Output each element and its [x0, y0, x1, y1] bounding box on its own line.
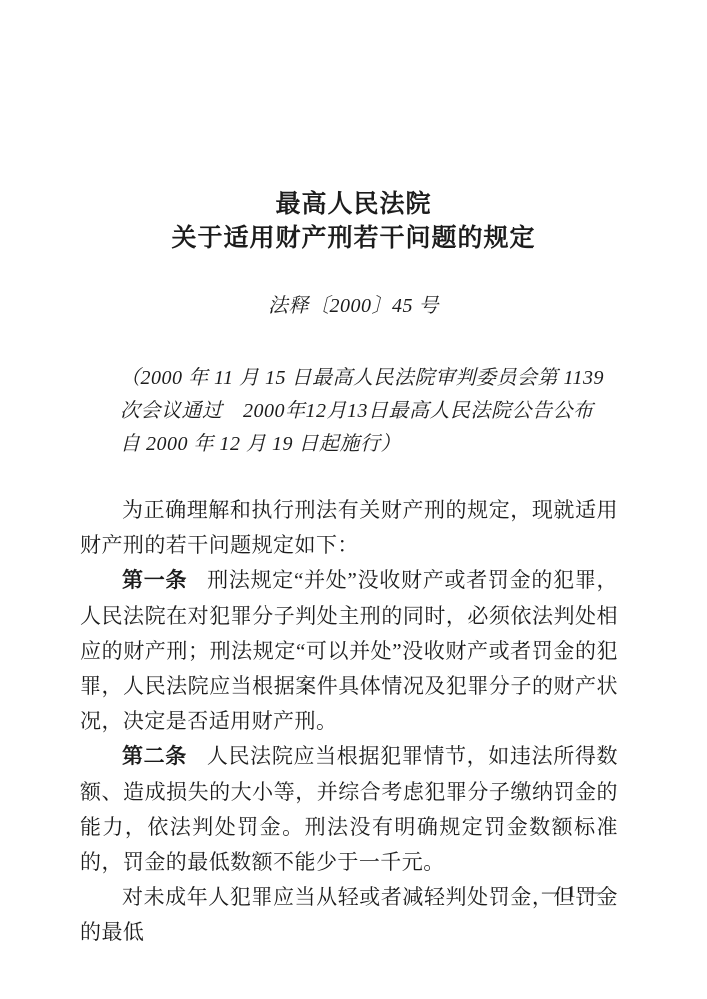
- promulgation-note: （2000 年 11 月 15 日最高人民法院审判委员会第 1139 次会议通过…: [120, 362, 647, 461]
- paragraph-intro-text: 为正确理解和执行刑法有关财产刑的规定，现就适用财产刑的若干问题规定如下：: [80, 498, 618, 557]
- doc-number: 法释〔2000〕45 号: [0, 292, 707, 320]
- promulgation-line3: 自 2000 年 12 月 19 日起施行）: [120, 428, 647, 461]
- paragraph-article-2: 第二条人民法院应当根据犯罪情节，如违法所得数额、造成损失的大小等，并综合考虑犯罪…: [80, 739, 618, 880]
- article-1-label: 第一条: [122, 569, 187, 592]
- page-number: — 1 —: [542, 883, 603, 901]
- document-page: 最高人民法院 关于适用财产刑若干问题的规定 法释〔2000〕45 号 （2000…: [0, 0, 707, 999]
- document-title-line1: 最高人民法院: [0, 188, 707, 222]
- article-1-text: 刑法规定“并处”没收财产或者罚金的犯罪，人民法院在对犯罪分子判处主刑的同时，必须…: [80, 568, 618, 733]
- promulgation-line2: 次会议通过 2000年12月13日最高人民法院公告公布: [120, 395, 647, 428]
- paragraph-minors: 对未成年人犯罪应当从轻或者减轻判处罚金，但罚金的最低: [80, 880, 618, 950]
- paragraph-intro: 为正确理解和执行刑法有关财产刑的规定，现就适用财产刑的若干问题规定如下：: [80, 493, 618, 563]
- document-body: 为正确理解和执行刑法有关财产刑的规定，现就适用财产刑的若干问题规定如下： 第一条…: [80, 493, 618, 951]
- paragraph-article-1: 第一条刑法规定“并处”没收财产或者罚金的犯罪，人民法院在对犯罪分子判处主刑的同时…: [80, 563, 618, 739]
- document-title-line2: 关于适用财产刑若干问题的规定: [0, 222, 707, 256]
- document-title: 最高人民法院 关于适用财产刑若干问题的规定: [0, 188, 707, 256]
- article-2-label: 第二条: [122, 745, 187, 768]
- paragraph-minors-text: 对未成年人犯罪应当从轻或者减轻判处罚金，但罚金的最低: [80, 885, 618, 944]
- promulgation-line1: （2000 年 11 月 15 日最高人民法院审判委员会第 1139: [120, 362, 647, 395]
